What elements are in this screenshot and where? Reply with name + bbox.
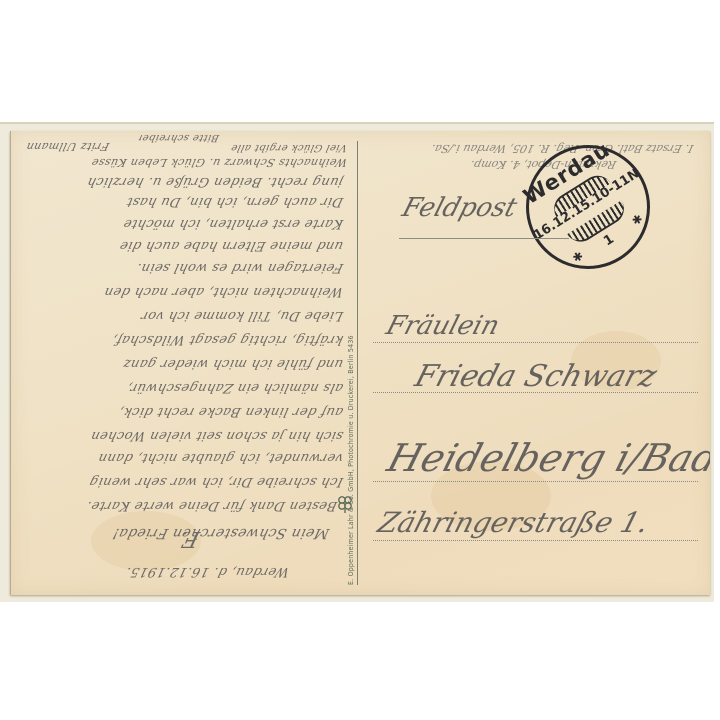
message-line: Dir auch gern, ich bin, Du hast <box>10 194 345 209</box>
message-line: und meine Eltern habe auch die <box>10 238 345 253</box>
message-line: Ich schreibe Dir, ich war sehr wenig <box>10 474 345 489</box>
printer-imprint: E. Oppenheimer Lahr & Co. GmbH, Photochr… <box>347 155 355 585</box>
message-line: kräftig, richtig gesagt Wildschaf, <box>10 332 345 347</box>
message-line: auf der linken Backe recht dick, <box>10 404 345 419</box>
message-line: Besten Dank für Deine werte Karte. <box>10 498 339 513</box>
address-salutation: Fräulein <box>383 311 503 341</box>
message-line: Weihnachten nicht, aber nach den <box>10 284 345 299</box>
address-rule <box>373 540 698 541</box>
address-street: Zähringerstraße 1. <box>374 506 652 539</box>
address-rule <box>373 481 698 482</box>
message-line: jung recht. Beiden Grüße u. herzlich <box>10 174 345 189</box>
message-line: als nämlich ein Zahngeschwür, <box>10 380 345 395</box>
message-line: und fühle ich mich wieder ganz <box>10 356 345 371</box>
message-line: Weihnachts Schwarz u. Glück Leben Küsse <box>13 156 348 169</box>
message-line: Karte erst erhalten, ich möchte <box>10 216 345 231</box>
address-rule <box>373 392 698 393</box>
handwritten-message: Werdau, d. 16.12.1915. F. Mein Schwester… <box>17 139 349 589</box>
clover-ornament-icon <box>337 494 353 514</box>
message-line: Liebe Du, Till komme ich vor <box>10 308 345 323</box>
message-line: sich hin ja schon seit vielen Wochen <box>10 428 345 443</box>
address-city: Heidelberg i/Baden. <box>383 436 710 480</box>
message-signature: Fritz Ullmann <box>17 140 110 153</box>
address-service: Feldpost <box>399 193 521 223</box>
address-rule <box>399 238 569 239</box>
message-line: Mein Schwesterchen Frieda! <box>10 525 331 541</box>
message-line: Feiertagen wird es wohl sein. <box>10 260 345 275</box>
message-line: Viel Glück ergibt alle <box>226 142 349 153</box>
message-line: verwundet, ich glaubte nicht, dann <box>10 450 345 465</box>
address-name: Frieda Schwarz <box>411 359 661 394</box>
message-line: Bitte schreiben <box>138 132 221 143</box>
message-line: Werdau, d. 16.12.1915. <box>10 564 291 579</box>
address-rule <box>373 342 698 343</box>
postcard: Werdau, d. 16.12.1915. F. Mein Schwester… <box>10 131 710 595</box>
address-divider <box>357 141 358 585</box>
